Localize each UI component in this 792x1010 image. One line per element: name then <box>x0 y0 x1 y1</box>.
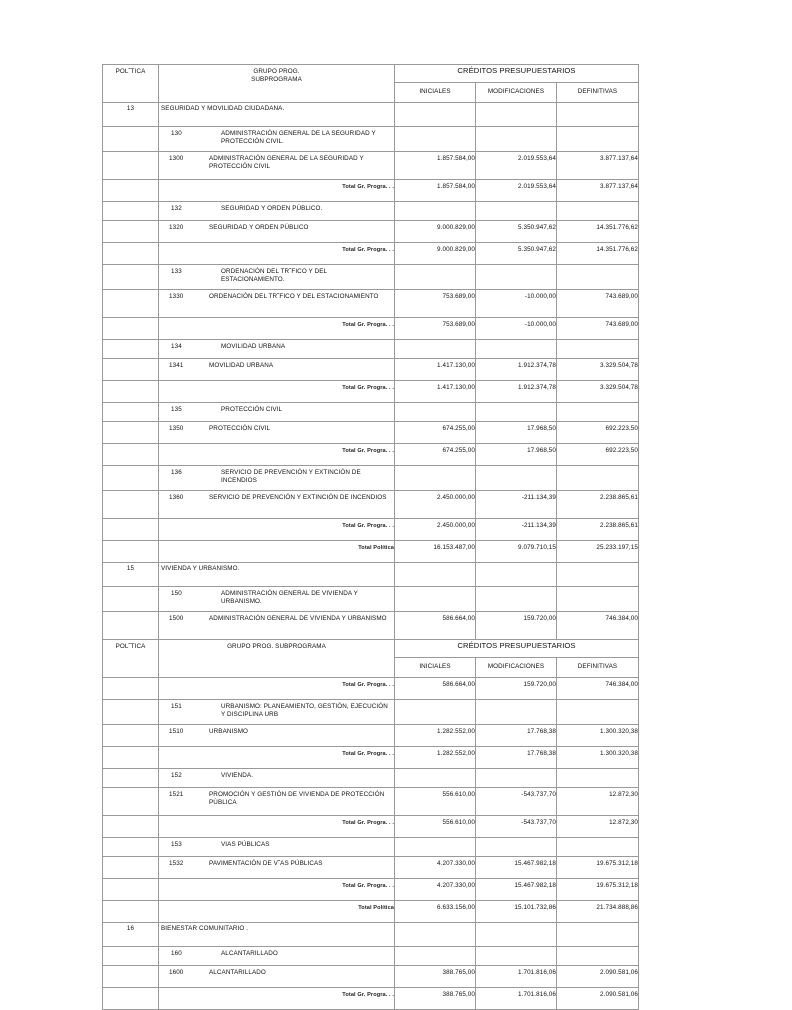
cell-empty <box>395 265 476 290</box>
total-grupo-label: Total Gr. Progra. . . <box>159 519 395 541</box>
grupo-code: 135 <box>159 406 221 414</box>
cell-empty <box>103 466 159 491</box>
iniciales-value: 674.255,00 <box>395 422 476 444</box>
cell-empty <box>557 340 639 359</box>
subprograma-name: SERVICIO DE PREVENCIÓN Y EXTINCIÓN DE IN… <box>209 494 394 502</box>
politica-row: 16BIENESTAR COMUNITARIO . <box>103 923 639 947</box>
cell-empty <box>557 587 639 612</box>
subprograma-name: PROMOCIÓN Y GESTIÓN DE VIVIENDA DE PROTE… <box>209 791 394 807</box>
grupo-code: 132 <box>159 205 221 213</box>
definitivas-total: 2.090.581,06 <box>557 988 639 1010</box>
total-grupo-row: Total Gr. Progra. . .388.765,001.701.816… <box>103 988 639 1010</box>
subprograma-name: ALCANTARILLADO <box>209 969 394 977</box>
total-grupo-label: Total Gr. Progra. . . <box>159 243 395 265</box>
iniciales-total: 388.765,00 <box>395 988 476 1010</box>
grupo-cell: 130ADMINISTRACIÓN GENERAL DE LA SEGURIDA… <box>159 127 395 152</box>
cell-empty <box>557 202 639 221</box>
header-creditos: CRÉDITOS PRESUPUESTARIOS <box>395 65 639 83</box>
subprograma-row: 1510URBANISMO1.282.552,0017.768,381.300.… <box>103 725 639 747</box>
cell-empty <box>476 403 557 422</box>
definitivas-value: 19.675.312,18 <box>557 857 639 879</box>
grupo-code: 160 <box>159 950 221 958</box>
subprograma-wrap: 1510URBANISMO <box>159 725 394 736</box>
cell-empty <box>103 678 159 700</box>
iniciales-value: 556.610,00 <box>395 788 476 816</box>
politica-name: BIENESTAR COMUNITARIO . <box>159 923 395 947</box>
grupo-wrap: 160ALCANTARILLADO <box>159 947 394 958</box>
cell-empty <box>395 202 476 221</box>
grupo-row: 132SEGURIDAD Y ORDEN PÚBLICO. <box>103 202 639 221</box>
subprograma-cell: 1600ALCANTARILLADO <box>159 966 395 988</box>
grupo-row: 130ADMINISTRACIÓN GENERAL DE LA SEGURIDA… <box>103 127 639 152</box>
grupo-wrap: 150ADMINISTRACIÓN GENERAL DE VIVIENDA Y … <box>159 587 394 606</box>
grupo-row: 136SERVICIO DE PREVENCIÓN Y EXTINCIÓN DE… <box>103 466 639 491</box>
grupo-code: 150 <box>159 590 221 606</box>
subprograma-name: ADMINISTRACIÓN GENERAL DE VIVIENDA Y URB… <box>209 615 394 623</box>
budget-table-sheet: POL˜TICA GRUPO PROG. SUBPROGRAMA CRÉDITO… <box>102 64 638 1010</box>
cell-empty <box>103 541 159 563</box>
cell-empty <box>395 127 476 152</box>
modificaciones-total: -543.737,70 <box>476 816 557 838</box>
subprograma-code: 1600 <box>159 969 209 977</box>
cell-empty <box>103 725 159 747</box>
modificaciones-value: 15.467.982,18 <box>476 857 557 879</box>
header-grupo-line1: GRUPO PROG. <box>159 68 394 76</box>
iniciales-total: 1.282.552,00 <box>395 747 476 769</box>
total-grupo-row: Total Gr. Progra. . .9.000.829,005.350.9… <box>103 243 639 265</box>
subprograma-name: PROTECCIÓN CIVIL <box>209 425 394 433</box>
definitivas-total: 3.329.504,78 <box>557 381 639 403</box>
grupo-wrap: 151URBANISMO: PLANEAMIENTO, GESTIÓN, EJE… <box>159 700 394 719</box>
modificaciones-value: -543.737,70 <box>476 788 557 816</box>
cell-empty <box>103 290 159 318</box>
subprograma-cell: 1521PROMOCIÓN Y GESTIÓN DE VIVIENDA DE P… <box>159 788 395 816</box>
modificaciones-value: 1.701.816,06 <box>476 966 557 988</box>
subprograma-code: 1330 <box>159 293 209 301</box>
header-modificaciones: MODIFICACIONES <box>476 83 557 103</box>
cell-empty <box>557 403 639 422</box>
subprograma-row: 1341MOVILIDAD URBANA1.417.130,001.912.37… <box>103 359 639 381</box>
subprograma-code: 1341 <box>159 362 209 370</box>
definitivas-value: 743.689,00 <box>557 290 639 318</box>
header-row-repeat: POL˜TICAGRUPO PROG. SUBPROGRAMACRÉDITOS … <box>103 640 639 658</box>
subprograma-code: 1500 <box>159 615 209 623</box>
iniciales-value: 753.689,00 <box>395 290 476 318</box>
total-grupo-label: Total Gr. Progra. . . <box>159 879 395 901</box>
cell-empty <box>476 127 557 152</box>
cell-empty <box>103 422 159 444</box>
subprograma-row: 1360SERVICIO DE PREVENCIÓN Y EXTINCIÓN D… <box>103 491 639 519</box>
cell-empty <box>476 587 557 612</box>
iniciales-total: 2.450.000,00 <box>395 519 476 541</box>
definitivas-value: 746.384,00 <box>557 612 639 640</box>
definitivas-value: 3.877.137,64 <box>557 152 639 180</box>
definitivas-total: 19.675.312,18 <box>557 879 639 901</box>
cell-empty <box>103 221 159 243</box>
iniciales-value: 1.857.584,00 <box>395 152 476 180</box>
cell-empty <box>557 265 639 290</box>
cell-empty <box>476 923 557 947</box>
subprograma-name: SEGURIDAD Y ORDEN PÚBLICO <box>209 224 394 232</box>
iniciales-total: 4.207.330,00 <box>395 879 476 901</box>
cell-empty <box>103 816 159 838</box>
total-grupo-label: Total Gr. Progra. . . <box>159 444 395 466</box>
grupo-cell: 133ORDENACIÓN DEL TR˜FICO Y DEL ESTACION… <box>159 265 395 290</box>
subprograma-wrap: 1600ALCANTARILLADO <box>159 966 394 977</box>
definitivas-total: 25.233.197,15 <box>557 541 639 563</box>
cell-empty <box>476 838 557 857</box>
politica-code: 16 <box>103 923 159 947</box>
total-grupo-label: Total Gr. Progra. . . <box>159 318 395 340</box>
subprograma-code: 1350 <box>159 425 209 433</box>
subprograma-cell: 1350PROTECCIÓN CIVIL <box>159 422 395 444</box>
modificaciones-total: 17.768,38 <box>476 747 557 769</box>
modificaciones-total: 2.019.553,64 <box>476 180 557 202</box>
definitivas-total: 746.384,00 <box>557 678 639 700</box>
header-definitivas: DEFINITIVAS <box>557 658 639 678</box>
header-creditos: CRÉDITOS PRESUPUESTARIOS <box>395 640 639 658</box>
total-grupo-row: Total Gr. Progra. . .2.450.000,00-211.13… <box>103 519 639 541</box>
total-grupo-row: Total Gr. Progra. . .1.282.552,0017.768,… <box>103 747 639 769</box>
grupo-cell: 151URBANISMO: PLANEAMIENTO, GESTIÓN, EJE… <box>159 700 395 725</box>
grupo-wrap: 153VIAS PÚBLICAS <box>159 838 394 849</box>
cell-empty <box>103 966 159 988</box>
grupo-name: SERVICIO DE PREVENCIÓN Y EXTINCIÓN DE IN… <box>221 469 394 485</box>
subprograma-name: URBANISMO <box>209 728 394 736</box>
definitivas-value: 12.872,30 <box>557 788 639 816</box>
cell-empty <box>557 700 639 725</box>
politica-name: VIVIENDA Y URBANISMO. <box>159 563 395 587</box>
header-grupo: GRUPO PROG. SUBPROGRAMA <box>159 640 395 678</box>
cell-empty <box>476 103 557 127</box>
cell-empty <box>103 879 159 901</box>
grupo-wrap: 136SERVICIO DE PREVENCIÓN Y EXTINCIÓN DE… <box>159 466 394 485</box>
header-modificaciones: MODIFICACIONES <box>476 658 557 678</box>
subprograma-wrap: 1532PAVIMENTACIÓN DE V˜AS PÚBLICAS <box>159 857 394 868</box>
subprograma-name: MOVILIDAD URBANA <box>209 362 394 370</box>
cell-empty <box>103 444 159 466</box>
budget-table: POL˜TICA GRUPO PROG. SUBPROGRAMA CRÉDITO… <box>102 64 639 1010</box>
subprograma-row: 1500ADMINISTRACIÓN GENERAL DE VIVIENDA Y… <box>103 612 639 640</box>
grupo-name: SEGURIDAD Y ORDEN PÚBLICO. <box>221 205 394 213</box>
header-grupo-line2: SUBPROGRAMA <box>159 76 394 84</box>
definitivas-total: 692.223,50 <box>557 444 639 466</box>
cell-empty <box>476 947 557 966</box>
cell-empty <box>557 947 639 966</box>
cell-empty <box>557 563 639 587</box>
modificaciones-total: 15.101.732,86 <box>476 901 557 923</box>
subprograma-wrap: 1330ORDENACIÓN DEL TR˜FICO Y DEL ESTACIO… <box>159 290 394 301</box>
total-grupo-row: Total Gr. Progra. . .753.689,00-10.000,0… <box>103 318 639 340</box>
cell-empty <box>103 318 159 340</box>
subprograma-wrap: 1320SEGURIDAD Y ORDEN PÚBLICO <box>159 221 394 232</box>
definitivas-value: 14.351.776,62 <box>557 221 639 243</box>
grupo-row: 152VIVIENDA. <box>103 769 639 788</box>
cell-empty <box>476 466 557 491</box>
grupo-row: 150ADMINISTRACIÓN GENERAL DE VIVIENDA Y … <box>103 587 639 612</box>
cell-empty <box>103 519 159 541</box>
iniciales-value: 388.765,00 <box>395 966 476 988</box>
definitivas-total: 12.872,30 <box>557 816 639 838</box>
header-iniciales: INICIALES <box>395 83 476 103</box>
modificaciones-total: 5.350.947,62 <box>476 243 557 265</box>
subprograma-row: 1320SEGURIDAD Y ORDEN PÚBLICO9.000.829,0… <box>103 221 639 243</box>
politica-code: 15 <box>103 563 159 587</box>
total-grupo-row: Total Gr. Progra. . .1.857.584,002.019.5… <box>103 180 639 202</box>
subprograma-wrap: 1360SERVICIO DE PREVENCIÓN Y EXTINCIÓN D… <box>159 491 394 502</box>
modificaciones-value: 1.912.374,78 <box>476 359 557 381</box>
grupo-name: ALCANTARILLADO <box>221 950 394 958</box>
subprograma-name: ADMINISTRACIÓN GENERAL DE LA SEGURIDAD Y… <box>209 155 394 171</box>
definitivas-total: 2.238.865,61 <box>557 519 639 541</box>
modificaciones-total: -10.000,00 <box>476 318 557 340</box>
grupo-code: 133 <box>159 268 221 284</box>
iniciales-total: 1.857.584,00 <box>395 180 476 202</box>
subprograma-row: 1532PAVIMENTACIÓN DE V˜AS PÚBLICAS4.207.… <box>103 857 639 879</box>
cell-empty <box>103 381 159 403</box>
cell-empty <box>103 901 159 923</box>
subprograma-row: 1521PROMOCIÓN Y GESTIÓN DE VIVIENDA DE P… <box>103 788 639 816</box>
cell-empty <box>557 923 639 947</box>
subprograma-cell: 1510URBANISMO <box>159 725 395 747</box>
definitivas-value: 2.090.581,06 <box>557 966 639 988</box>
subprograma-wrap: 1500ADMINISTRACIÓN GENERAL DE VIVIENDA Y… <box>159 612 394 623</box>
total-grupo-label: Total Gr. Progra. . . <box>159 381 395 403</box>
modificaciones-value: 17.968,50 <box>476 422 557 444</box>
grupo-cell: 135PROTECCIÓN CIVIL <box>159 403 395 422</box>
definitivas-total: 743.689,00 <box>557 318 639 340</box>
cell-empty <box>476 340 557 359</box>
total-grupo-label: Total Gr. Progra. . . <box>159 747 395 769</box>
cell-empty <box>557 838 639 857</box>
grupo-cell: 153VIAS PÚBLICAS <box>159 838 395 857</box>
definitivas-value: 692.223,50 <box>557 422 639 444</box>
cell-empty <box>103 947 159 966</box>
cell-empty <box>103 747 159 769</box>
cell-empty <box>476 563 557 587</box>
grupo-code: 130 <box>159 130 221 146</box>
cell-empty <box>103 788 159 816</box>
modificaciones-value: 17.768,38 <box>476 725 557 747</box>
header-grupo: GRUPO PROG. SUBPROGRAMA <box>159 65 395 103</box>
grupo-row: 134MOVILIDAD URBANA <box>103 340 639 359</box>
grupo-wrap: 152VIVIENDA. <box>159 769 394 780</box>
grupo-name: ADMINISTRACIÓN GENERAL DE VIVIENDA Y URB… <box>221 590 394 606</box>
modificaciones-total: 9.079.710,15 <box>476 541 557 563</box>
cell-empty <box>103 127 159 152</box>
subprograma-wrap: 1521PROMOCIÓN Y GESTIÓN DE VIVIENDA DE P… <box>159 788 394 807</box>
total-politica-label: Total Política <box>159 541 395 563</box>
subprograma-cell: 1500ADMINISTRACIÓN GENERAL DE VIVIENDA Y… <box>159 612 395 640</box>
modificaciones-value: -211.134,39 <box>476 491 557 519</box>
definitivas-total: 21.734.888,86 <box>557 901 639 923</box>
cell-empty <box>103 202 159 221</box>
modificaciones-total: 1.701.816,06 <box>476 988 557 1010</box>
grupo-cell: 136SERVICIO DE PREVENCIÓN Y EXTINCIÓN DE… <box>159 466 395 491</box>
subprograma-cell: 1330ORDENACIÓN DEL TR˜FICO Y DEL ESTACIO… <box>159 290 395 318</box>
cell-empty <box>103 857 159 879</box>
total-grupo-label: Total Gr. Progra. . . <box>159 816 395 838</box>
subprograma-row: 1600ALCANTARILLADO388.765,001.701.816,06… <box>103 966 639 988</box>
iniciales-total: 674.255,00 <box>395 444 476 466</box>
subprograma-name: PAVIMENTACIÓN DE V˜AS PÚBLICAS <box>209 860 394 868</box>
grupo-row: 160ALCANTARILLADO <box>103 947 639 966</box>
subprograma-code: 1521 <box>159 791 209 807</box>
subprograma-wrap: 1350PROTECCIÓN CIVIL <box>159 422 394 433</box>
total-grupo-label: Total Gr. Progra. . . <box>159 678 395 700</box>
total-grupo-row: Total Gr. Progra. . .556.610,00-543.737,… <box>103 816 639 838</box>
iniciales-value: 4.207.330,00 <box>395 857 476 879</box>
total-grupo-label: Total Gr. Progra. . . <box>159 180 395 202</box>
iniciales-value: 586.664,00 <box>395 612 476 640</box>
cell-empty <box>395 947 476 966</box>
iniciales-total: 6.633.156,00 <box>395 901 476 923</box>
grupo-wrap: 133ORDENACIÓN DEL TR˜FICO Y DEL ESTACION… <box>159 265 394 284</box>
total-grupo-label: Total Gr. Progra. . . <box>159 988 395 1010</box>
subprograma-row: 1300ADMINISTRACIÓN GENERAL DE LA SEGURID… <box>103 152 639 180</box>
grupo-row: 133ORDENACIÓN DEL TR˜FICO Y DEL ESTACION… <box>103 265 639 290</box>
cell-empty <box>395 700 476 725</box>
cell-empty <box>395 563 476 587</box>
cell-empty <box>395 340 476 359</box>
grupo-cell: 134MOVILIDAD URBANA <box>159 340 395 359</box>
modificaciones-value: -10.000,00 <box>476 290 557 318</box>
iniciales-total: 1.417.130,00 <box>395 381 476 403</box>
iniciales-value: 2.450.000,00 <box>395 491 476 519</box>
cell-empty <box>395 769 476 788</box>
cell-empty <box>103 243 159 265</box>
iniciales-total: 9.000.829,00 <box>395 243 476 265</box>
modificaciones-value: 2.019.553,64 <box>476 152 557 180</box>
grupo-code: 151 <box>159 703 221 719</box>
cell-empty <box>557 127 639 152</box>
definitivas-total: 1.300.320,38 <box>557 747 639 769</box>
cell-empty <box>557 769 639 788</box>
iniciales-total: 556.610,00 <box>395 816 476 838</box>
total-grupo-row: Total Gr. Progra. . .586.664,00159.720,0… <box>103 678 639 700</box>
grupo-name: URBANISMO: PLANEAMIENTO, GESTIÓN, EJECUC… <box>221 703 394 719</box>
definitivas-value: 2.238.865,61 <box>557 491 639 519</box>
grupo-name: VIAS PÚBLICAS <box>221 841 394 849</box>
cell-empty <box>103 838 159 857</box>
grupo-cell: 160ALCANTARILLADO <box>159 947 395 966</box>
cell-empty <box>557 103 639 127</box>
subprograma-name: ORDENACIÓN DEL TR˜FICO Y DEL ESTACIONAMI… <box>209 293 394 301</box>
grupo-cell: 150ADMINISTRACIÓN GENERAL DE VIVIENDA Y … <box>159 587 395 612</box>
cell-empty <box>103 988 159 1010</box>
total-politica-row: Total Política16.153.487,009.079.710,152… <box>103 541 639 563</box>
cell-empty <box>103 491 159 519</box>
grupo-row: 135PROTECCIÓN CIVIL <box>103 403 639 422</box>
subprograma-wrap: 1341MOVILIDAD URBANA <box>159 359 394 370</box>
grupo-code: 152 <box>159 772 221 780</box>
grupo-wrap: 132SEGURIDAD Y ORDEN PÚBLICO. <box>159 202 394 213</box>
cell-empty <box>476 769 557 788</box>
definitivas-value: 3.329.504,78 <box>557 359 639 381</box>
total-grupo-row: Total Gr. Progra. . .4.207.330,0015.467.… <box>103 879 639 901</box>
cell-empty <box>103 612 159 640</box>
subprograma-cell: 1300ADMINISTRACIÓN GENERAL DE LA SEGURID… <box>159 152 395 180</box>
iniciales-total: 753.689,00 <box>395 318 476 340</box>
cell-empty <box>103 587 159 612</box>
cell-empty <box>103 359 159 381</box>
iniciales-value: 1.417.130,00 <box>395 359 476 381</box>
grupo-row: 153VIAS PÚBLICAS <box>103 838 639 857</box>
grupo-row: 151URBANISMO: PLANEAMIENTO, GESTIÓN, EJE… <box>103 700 639 725</box>
cell-empty <box>103 700 159 725</box>
header-iniciales: INICIALES <box>395 658 476 678</box>
politica-code: 13 <box>103 103 159 127</box>
cell-empty <box>103 180 159 202</box>
politica-row: 13SEGURIDAD Y MOVILIDAD CIUDADANA. <box>103 103 639 127</box>
grupo-wrap: 135PROTECCIÓN CIVIL <box>159 403 394 414</box>
modificaciones-total: 15.467.982,18 <box>476 879 557 901</box>
grupo-name: ORDENACIÓN DEL TR˜FICO Y DEL ESTACIONAMI… <box>221 268 394 284</box>
grupo-code: 153 <box>159 841 221 849</box>
definitivas-value: 1.300.320,38 <box>557 725 639 747</box>
subprograma-code: 1360 <box>159 494 209 502</box>
subprograma-code: 1510 <box>159 728 209 736</box>
grupo-name: ADMINISTRACIÓN GENERAL DE LA SEGURIDAD Y… <box>221 130 394 146</box>
cell-empty <box>476 265 557 290</box>
definitivas-total: 14.351.776,62 <box>557 243 639 265</box>
politica-name: SEGURIDAD Y MOVILIDAD CIUDADANA. <box>159 103 395 127</box>
cell-empty <box>395 838 476 857</box>
header-politica: POL˜TICA <box>103 65 159 103</box>
subprograma-cell: 1360SERVICIO DE PREVENCIÓN Y EXTINCIÓN D… <box>159 491 395 519</box>
iniciales-value: 1.282.552,00 <box>395 725 476 747</box>
politica-row: 15VIVIENDA Y URBANISMO. <box>103 563 639 587</box>
total-politica-row: Total Política6.633.156,0015.101.732,862… <box>103 901 639 923</box>
iniciales-total: 586.664,00 <box>395 678 476 700</box>
iniciales-value: 9.000.829,00 <box>395 221 476 243</box>
cell-empty <box>395 403 476 422</box>
cell-empty <box>395 103 476 127</box>
subprograma-code: 1300 <box>159 155 209 171</box>
grupo-name: PROTECCIÓN CIVIL <box>221 406 394 414</box>
cell-empty <box>103 403 159 422</box>
modificaciones-value: 5.350.947,62 <box>476 221 557 243</box>
subprograma-cell: 1532PAVIMENTACIÓN DE V˜AS PÚBLICAS <box>159 857 395 879</box>
cell-empty <box>103 265 159 290</box>
subprograma-code: 1320 <box>159 224 209 232</box>
subprograma-wrap: 1300ADMINISTRACIÓN GENERAL DE LA SEGURID… <box>159 152 394 171</box>
grupo-code: 134 <box>159 343 221 351</box>
subprograma-row: 1350PROTECCIÓN CIVIL674.255,0017.968,506… <box>103 422 639 444</box>
iniciales-total: 16.153.487,00 <box>395 541 476 563</box>
subprograma-cell: 1320SEGURIDAD Y ORDEN PÚBLICO <box>159 221 395 243</box>
total-politica-label: Total Política <box>159 901 395 923</box>
cell-empty <box>476 700 557 725</box>
modificaciones-total: -211.134,39 <box>476 519 557 541</box>
modificaciones-total: 159.720,00 <box>476 678 557 700</box>
cell-empty <box>103 152 159 180</box>
grupo-name: VIVIENDA. <box>221 772 394 780</box>
cell-empty <box>395 587 476 612</box>
grupo-name: MOVILIDAD URBANA <box>221 343 394 351</box>
cell-empty <box>395 466 476 491</box>
total-grupo-row: Total Gr. Progra. . .674.255,0017.968,50… <box>103 444 639 466</box>
header-politica: POL˜TICA <box>103 640 159 678</box>
subprograma-cell: 1341MOVILIDAD URBANA <box>159 359 395 381</box>
grupo-wrap: 130ADMINISTRACIÓN GENERAL DE LA SEGURIDA… <box>159 127 394 146</box>
grupo-wrap: 134MOVILIDAD URBANA <box>159 340 394 351</box>
cell-empty <box>557 466 639 491</box>
grupo-cell: 132SEGURIDAD Y ORDEN PÚBLICO. <box>159 202 395 221</box>
subprograma-row: 1330ORDENACIÓN DEL TR˜FICO Y DEL ESTACIO… <box>103 290 639 318</box>
modificaciones-total: 1.912.374,78 <box>476 381 557 403</box>
grupo-code: 136 <box>159 469 221 485</box>
